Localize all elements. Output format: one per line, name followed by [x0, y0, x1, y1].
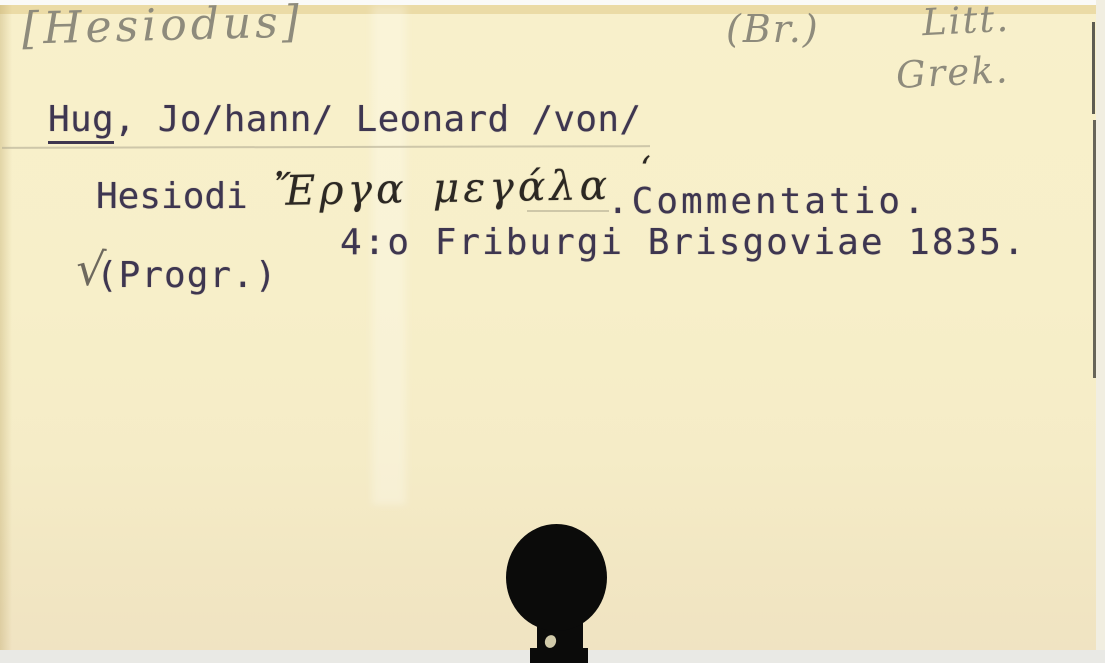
- punch-hole: [506, 524, 607, 631]
- handwritten-classmark-line1: Litt.: [921, 0, 1011, 41]
- handwritten-greek-title: Ἔργα μεγάλα: [274, 165, 612, 212]
- card-right-edge-line: [1093, 120, 1096, 378]
- handwritten-format-note: (Br.): [726, 10, 820, 48]
- scan-right-margin: [1096, 0, 1105, 663]
- author-heading: Hug, Jo/hann/ Leonard /von/: [48, 102, 641, 138]
- ruled-line-short: [527, 210, 609, 212]
- catalog-card-scan: [Hesiodus] (Br.) Litt. Grek. Hug, Jo/han…: [0, 0, 1105, 663]
- card-left-edge-shadow: [0, 5, 12, 650]
- title-prefix: Hesiodi: [96, 179, 248, 215]
- handwritten-heading-name: [Hesiodus]: [21, 0, 303, 51]
- punch-hole-foot: [530, 648, 588, 663]
- imprint-line: 4:o Friburgi Brisgoviae 1835.: [340, 225, 1027, 261]
- series-note: (Progr.): [96, 258, 277, 294]
- card-right-edge-line: [1092, 22, 1095, 114]
- author-surname: Hug: [48, 99, 114, 144]
- handwritten-classmark-line2: Grek.: [895, 51, 1010, 94]
- author-forenames: , Jo/hann/ Leonard /von/: [114, 99, 641, 140]
- title-suffix: .Commentatio.: [607, 184, 928, 220]
